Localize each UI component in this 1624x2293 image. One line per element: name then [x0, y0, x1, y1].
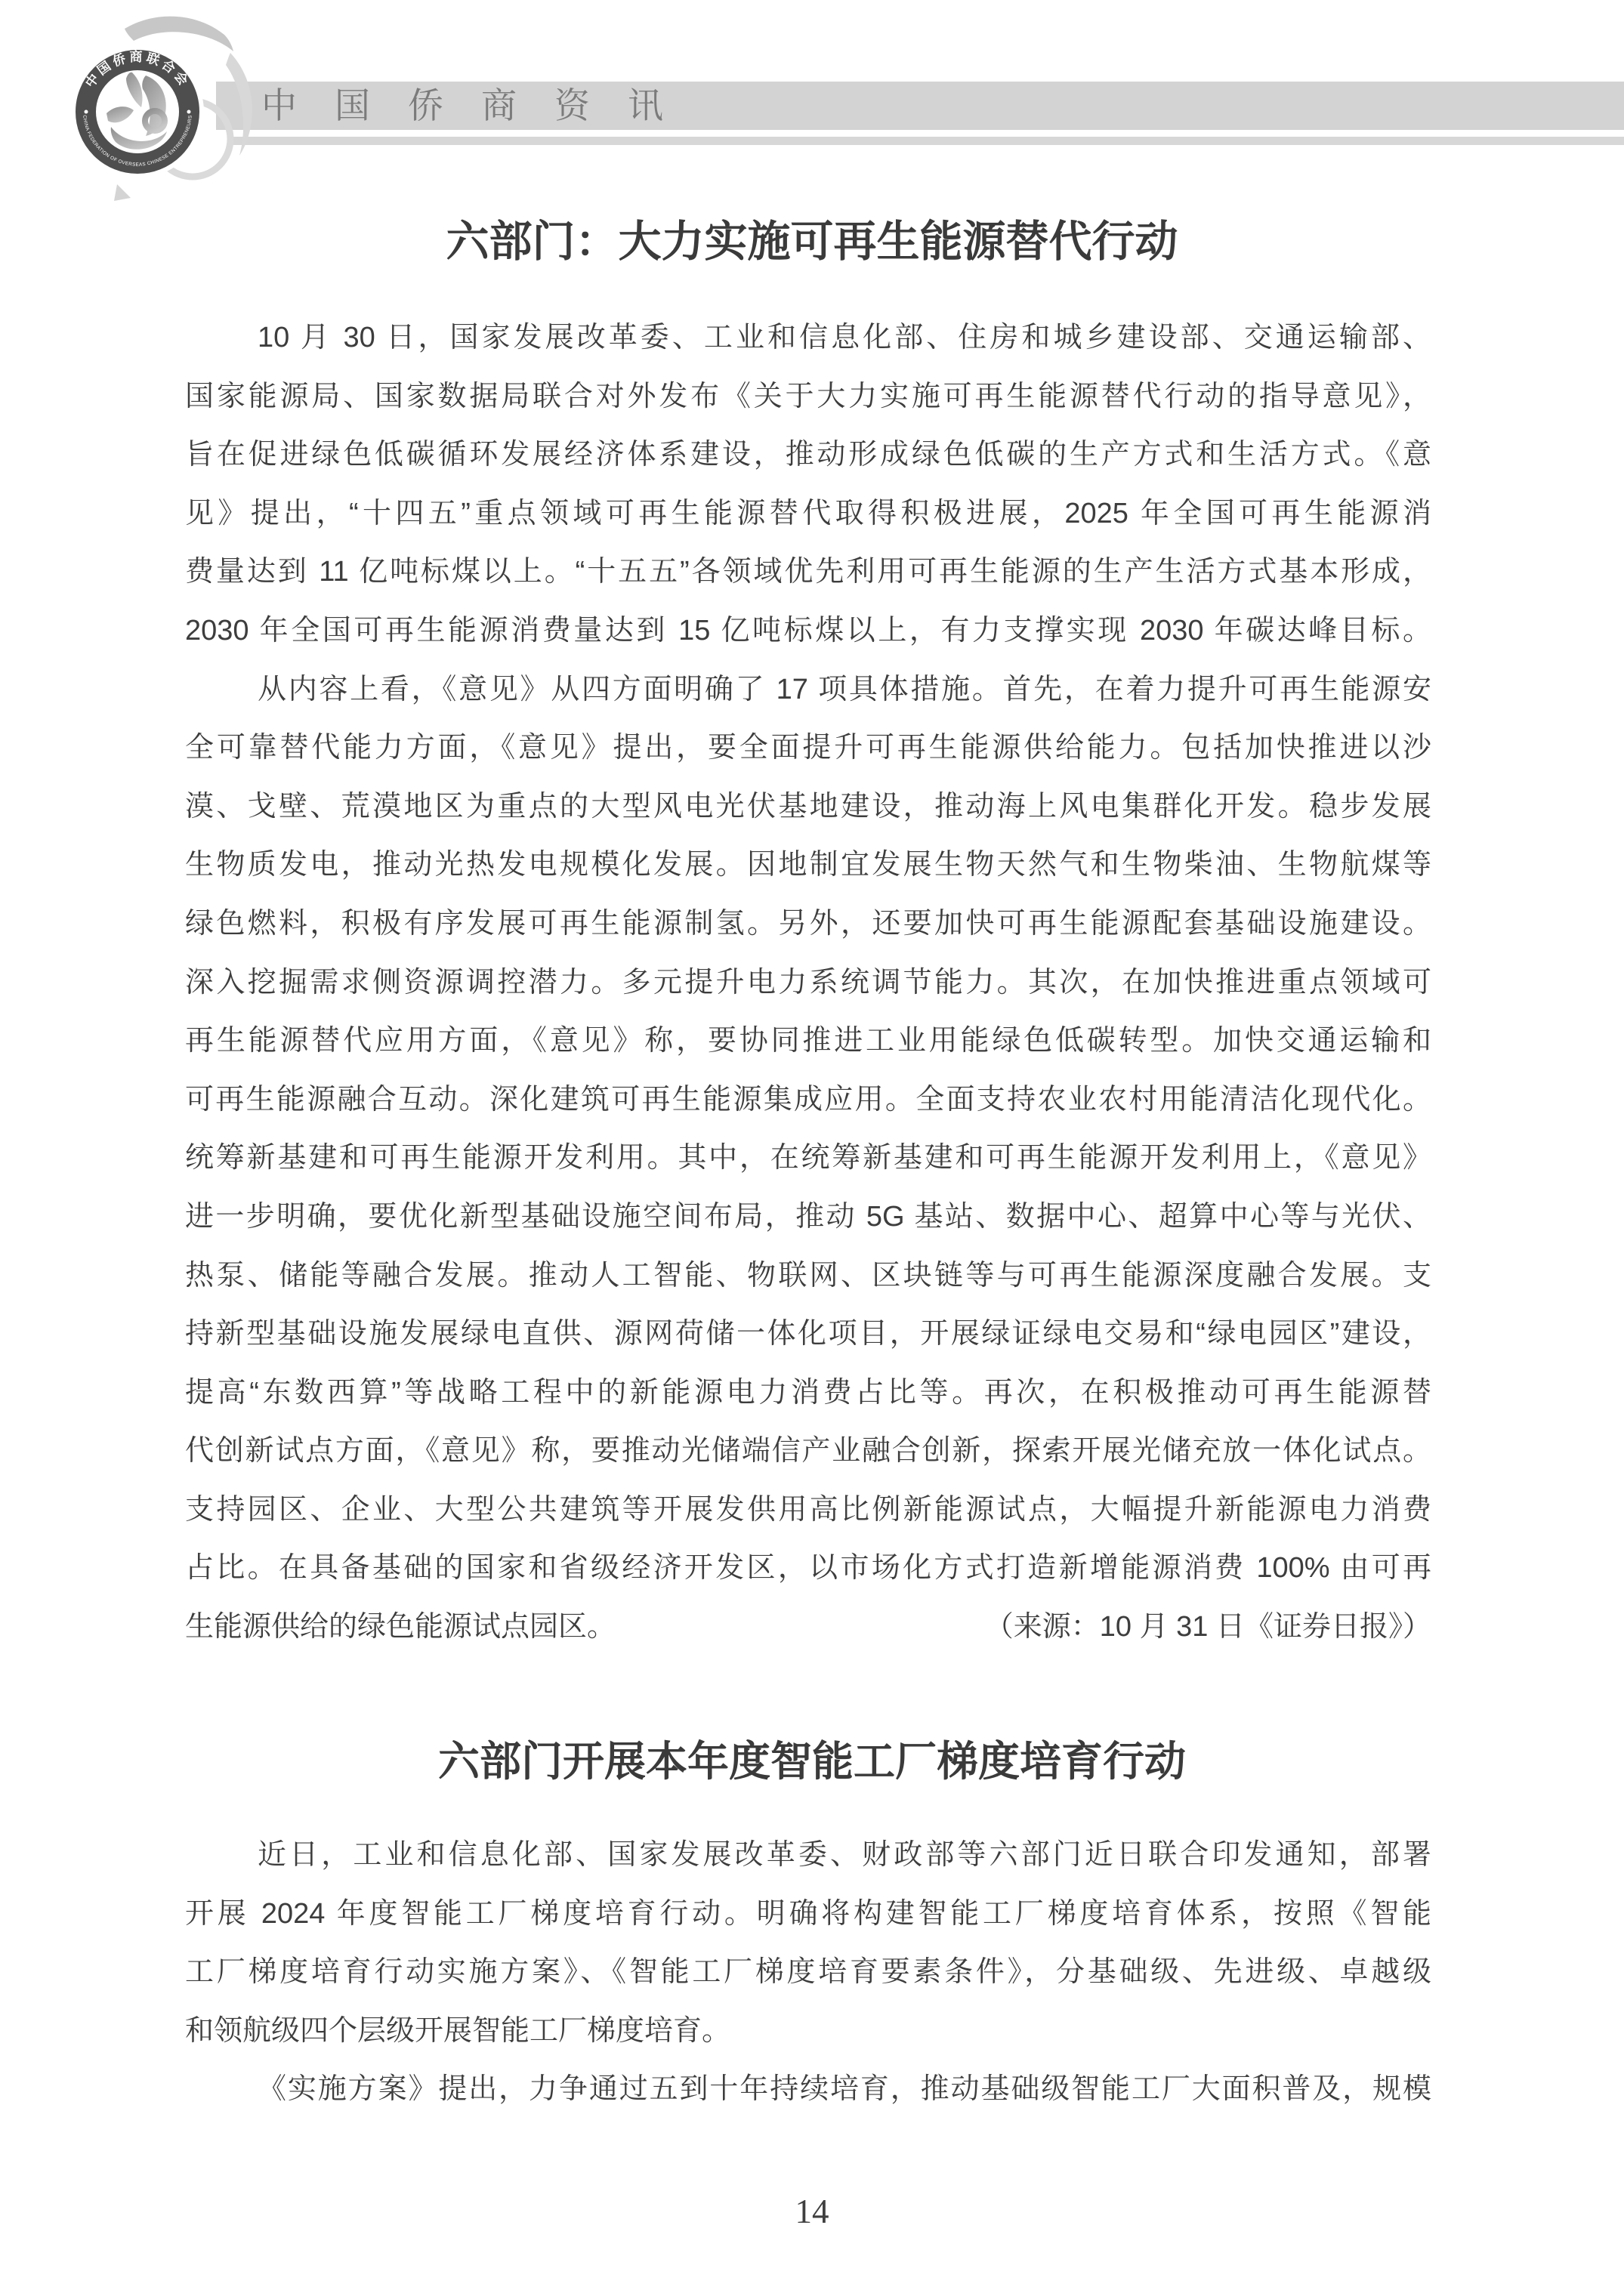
paragraph: 10 月 30 日，国家发展改革委、工业和信息化部、住房和城乡建设部、交通运输部… — [185, 309, 1431, 661]
text-line: 国家能源局、国家数据局联合对外发布《关于大力实施可再生能源替代行动的指导意见》， — [185, 368, 1431, 427]
text-line: 10 月 30 日，国家发展改革委、工业和信息化部、住房和城乡建设部、交通运输部… — [185, 309, 1431, 368]
document-page: 中国侨商资讯 中国侨商联合会 CHINA FEDERATION OF OVERS… — [0, 0, 1624, 2293]
text-line: 工厂梯度培育行动实施方案》、《智能工厂梯度培育要素条件》，分基础级、先进级、卓越… — [185, 1943, 1431, 2002]
page-number: 14 — [0, 2192, 1624, 2231]
article-2-title: 六部门开展本年度智能工厂梯度培育行动 — [0, 1731, 1624, 1792]
text-line: 统筹新基建和可再生能源开发利用。其中，在统筹新基建和可再生能源开发利用上，《意见… — [185, 1129, 1431, 1188]
text-line: 费量达到 11 亿吨标煤以上。“十五五”各领域优先利用可再生能源的生产生活方式基… — [185, 543, 1431, 602]
masthead-title: 中国侨商资讯 — [261, 82, 701, 130]
source-attribution: （来源：10 月 31 日《证券日报》） — [985, 1598, 1431, 1657]
text-line: 进一步明确，要优化新型基础设施空间布局，推动 5G 基站、数据中心、超算中心等与… — [185, 1188, 1431, 1247]
closing-text: 生能源供给的绿色能源试点园区。 — [185, 1598, 616, 1657]
text-line: 旨在促进绿色低碳循环发展经济体系建设，推动形成绿色低碳的生产方式和生活方式。《意 — [185, 426, 1431, 485]
text-line: 代创新试点方面，《意见》称，要推动光储端信产业融合创新，探索开展光储充放一体化试… — [185, 1422, 1431, 1481]
text-line: 开展 2024 年度智能工厂梯度培育行动。明确将构建智能工厂梯度培育体系，按照《… — [185, 1885, 1431, 1944]
text-line: 全可靠替代能力方面，《意见》提出，要全面提升可再生能源供给能力。包括加快推进以沙 — [185, 719, 1431, 778]
text-line: 提高“东数西算”等战略工程中的新能源电力消费占比等。再次，在积极推动可再生能源替 — [185, 1364, 1431, 1423]
paragraph: 近日，工业和信息化部、国家发展改革委、财政部等六部门近日联合印发通知，部署开展 … — [185, 1826, 1431, 2060]
paragraph: 《实施方案》提出，力争通过五到十年持续培育，推动基础级智能工厂大面积普及，规模 — [185, 2060, 1431, 2119]
text-line: 漠、戈壁、荒漠地区为重点的大型风电光伏基地建设，推动海上风电集群化开发。稳步发展 — [185, 778, 1431, 837]
text-line: 生物质发电，推动光热发电规模化发展。因地制宜发展生物天然气和生物柴油、生物航煤等 — [185, 836, 1431, 895]
text-line: 见》提出，“十四五”重点领域可再生能源替代取得积极进展，2025 年全国可再生能… — [185, 485, 1431, 544]
text-line: 近日，工业和信息化部、国家发展改革委、财政部等六部门近日联合印发通知，部署 — [185, 1826, 1431, 1885]
seal-dot — [85, 110, 88, 114]
paragraph: 从内容上看，《意见》从四方面明确了 17 项具体措施。首先，在着力提升可再生能源… — [185, 661, 1431, 1599]
text-line: 可再生能源融合互动。深化建筑可再生能源集成应用。全面支持农业农村用能清洁化现代化… — [185, 1071, 1431, 1130]
text-line: 支持园区、企业、大型公共建筑等开展发供用高比例新能源试点，大幅提升新能源电力消费 — [185, 1481, 1431, 1540]
text-line: 2030 年全国可再生能源消费量达到 15 亿吨标煤以上，有力支撑实现 2030… — [185, 602, 1431, 661]
article-1-body: 10 月 30 日，国家发展改革委、工业和信息化部、住房和城乡建设部、交通运输部… — [185, 309, 1431, 1657]
seal-dot — [187, 110, 191, 114]
text-line: 深入挖掘需求侧资源调控潜力。多元提升电力系统调节能力。其次，在加快推进重点领域可 — [185, 954, 1431, 1013]
text-line: 《实施方案》提出，力争通过五到十年持续培育，推动基础级智能工厂大面积普及，规模 — [185, 2060, 1431, 2119]
article-1-title: 六部门：大力实施可再生能源替代行动 — [0, 211, 1624, 272]
text-line: 热泵、储能等融合发展。推动人工智能、物联网、区块链等与可再生能源深度融合发展。支 — [185, 1247, 1431, 1306]
masthead-strip — [230, 137, 1624, 145]
text-line: 和领航级四个层级开展智能工厂梯度培育。 — [185, 2002, 1431, 2061]
text-line: 绿色燃料，积极有序发展可再生能源制氢。另外，还要加快可再生能源配套基础设施建设。 — [185, 895, 1431, 954]
article-2-body: 近日，工业和信息化部、国家发展改革委、财政部等六部门近日联合印发通知，部署开展 … — [185, 1826, 1431, 2119]
text-line: 从内容上看，《意见》从四方面明确了 17 项具体措施。首先，在着力提升可再生能源… — [185, 661, 1431, 720]
closing-line: 生能源供给的绿色能源试点园区。 （来源：10 月 31 日《证券日报》） — [185, 1598, 1431, 1657]
text-line: 占比。在具备基础的国家和省级经济开发区，以市场化方式打造新增能源消费 100% … — [185, 1539, 1431, 1598]
swoosh-shape — [114, 184, 131, 201]
text-line: 再生能源替代应用方面，《意见》称，要协同推进工业用能绿色低碳转型。加快交通运输和 — [185, 1012, 1431, 1071]
text-line: 持新型基础设施发展绿电直供、源网荷储一体化项目，开展绿证绿电交易和“绿电园区”建… — [185, 1305, 1431, 1364]
